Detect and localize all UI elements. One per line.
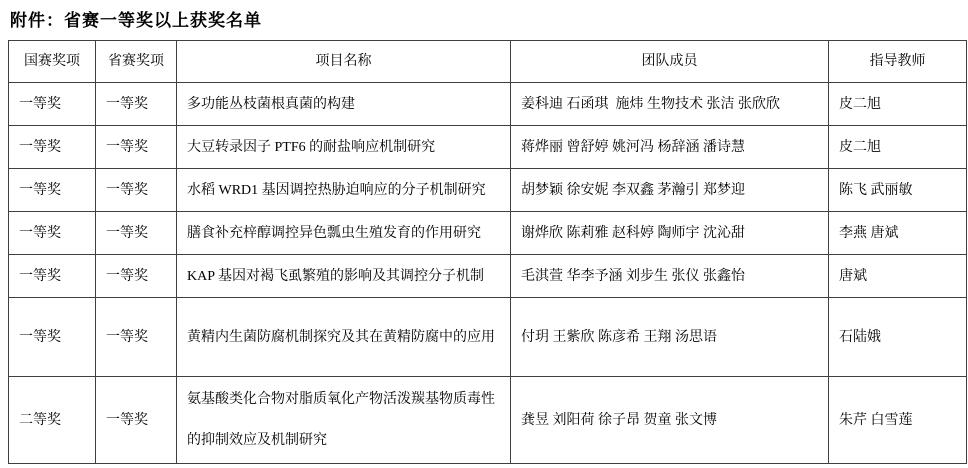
national-award-cell: 一等奖	[9, 298, 96, 377]
project-name-cell: 膳食补充梓醇调控异色瓢虫生殖发育的作用研究	[177, 212, 511, 255]
national-award-cell: 二等奖	[9, 377, 96, 464]
advisor-cell: 唐斌	[829, 255, 967, 298]
project-name-cell: 黄精内生菌防腐机制探究及其在黄精防腐中的应用	[177, 298, 511, 377]
national-award-cell: 一等奖	[9, 169, 96, 212]
national-award-cell: 一等奖	[9, 212, 96, 255]
project-name-cell: 氨基酸类化合物对脂质氧化产物活泼羰基物质毒性的抑制效应及机制研究	[177, 377, 511, 464]
table-row: 一等奖 一等奖 大豆转录因子 PTF6 的耐盐响应机制研究 蒋烨丽 曾舒婷 姚河…	[9, 126, 967, 169]
national-award-cell: 一等奖	[9, 126, 96, 169]
table-row: 一等奖 一等奖 黄精内生菌防腐机制探究及其在黄精防腐中的应用 付玥 王紫欣 陈彦…	[9, 298, 967, 377]
provincial-award-cell: 一等奖	[96, 169, 177, 212]
header-team-members: 团队成员	[511, 41, 829, 83]
project-name-cell: 水稻 WRD1 基因调控热胁迫响应的分子机制研究	[177, 169, 511, 212]
table-row: 一等奖 一等奖 膳食补充梓醇调控异色瓢虫生殖发育的作用研究 谢烨欣 陈莉雅 赵科…	[9, 212, 967, 255]
project-name-cell: 多功能丛枝菌根真菌的构建	[177, 83, 511, 126]
team-members-cell: 毛淇萱 华李予涵 刘步生 张仪 张鑫怡	[511, 255, 829, 298]
team-members-cell: 蒋烨丽 曾舒婷 姚河冯 杨辞涵 潘诗慧	[511, 126, 829, 169]
advisor-cell: 石陆娥	[829, 298, 967, 377]
page-title: 附件：省赛一等奖以上获奖名单	[10, 6, 262, 31]
team-members-cell: 付玥 王紫欣 陈彦希 王翔 汤思语	[511, 298, 829, 377]
provincial-award-cell: 一等奖	[96, 83, 177, 126]
national-award-cell: 一等奖	[9, 83, 96, 126]
project-name-cell: KAP 基因对褐飞虱繁殖的影响及其调控分子机制	[177, 255, 511, 298]
advisor-cell: 李燕 唐斌	[829, 212, 967, 255]
table-row: 一等奖 一等奖 多功能丛枝菌根真菌的构建 姜科迪 石函琪 施炜 生物技术 张洁 …	[9, 83, 967, 126]
document-page: 附件：省赛一等奖以上获奖名单 国赛奖项 省赛奖项 项目名称 团队成员 指导教师 …	[0, 0, 968, 468]
team-members-cell: 谢烨欣 陈莉雅 赵科婷 陶师宇 沈沁甜	[511, 212, 829, 255]
provincial-award-cell: 一等奖	[96, 298, 177, 377]
project-name-cell: 大豆转录因子 PTF6 的耐盐响应机制研究	[177, 126, 511, 169]
table-row: 二等奖 一等奖 氨基酸类化合物对脂质氧化产物活泼羰基物质毒性的抑制效应及机制研究…	[9, 377, 967, 464]
advisor-cell: 陈飞 武丽敏	[829, 169, 967, 212]
header-provincial-award: 省赛奖项	[96, 41, 177, 83]
table-row: 一等奖 一等奖 水稻 WRD1 基因调控热胁迫响应的分子机制研究 胡梦颖 徐安妮…	[9, 169, 967, 212]
table-row: 一等奖 一等奖 KAP 基因对褐飞虱繁殖的影响及其调控分子机制 毛淇萱 华李予涵…	[9, 255, 967, 298]
team-members-cell: 龚昱 刘阳荷 徐子昂 贺童 张文博	[511, 377, 829, 464]
header-advisor: 指导教师	[829, 41, 967, 83]
header-national-award: 国赛奖项	[9, 41, 96, 83]
advisor-cell: 皮二旭	[829, 126, 967, 169]
advisor-cell: 朱芹 白雪莲	[829, 377, 967, 464]
team-members-cell: 姜科迪 石函琪 施炜 生物技术 张洁 张欣欣	[511, 83, 829, 126]
table-header-row: 国赛奖项 省赛奖项 项目名称 团队成员 指导教师	[9, 41, 967, 83]
provincial-award-cell: 一等奖	[96, 212, 177, 255]
advisor-cell: 皮二旭	[829, 83, 967, 126]
team-members-cell: 胡梦颖 徐安妮 李双鑫 茅瀚引 郑梦迎	[511, 169, 829, 212]
header-project-name: 项目名称	[177, 41, 511, 83]
award-table: 国赛奖项 省赛奖项 项目名称 团队成员 指导教师 一等奖 一等奖 多功能丛枝菌根…	[8, 40, 967, 464]
national-award-cell: 一等奖	[9, 255, 96, 298]
provincial-award-cell: 一等奖	[96, 126, 177, 169]
provincial-award-cell: 一等奖	[96, 255, 177, 298]
provincial-award-cell: 一等奖	[96, 377, 177, 464]
